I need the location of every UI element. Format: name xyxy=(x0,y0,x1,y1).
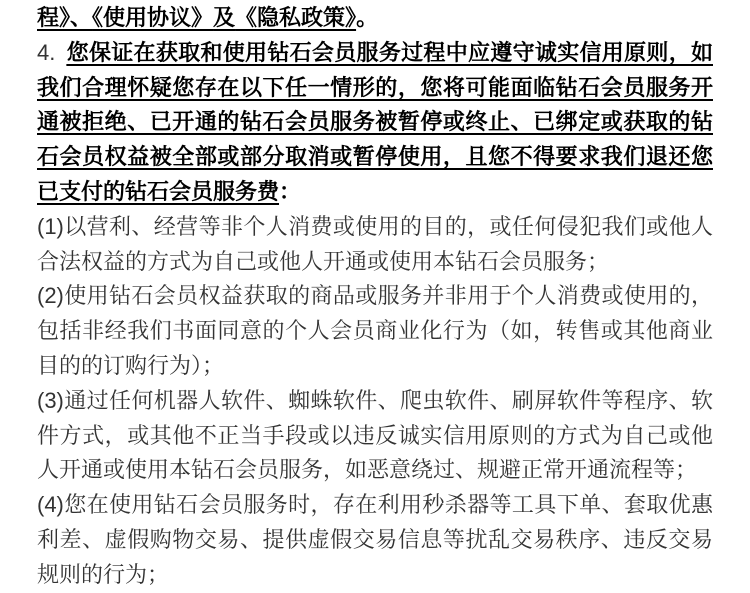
list-item-1: (1)以营利、经营等非个人消费或使用的目的，或任何侵犯我们或他人合法权益的方式为… xyxy=(37,210,713,280)
intro-conjunction-text: 及 xyxy=(213,5,235,30)
list-item-2: (2)使用钻石会员权益获取的商品或服务并非用于个人消费或使用的，包括非经我们书面… xyxy=(37,279,713,383)
privacy-policy-link[interactable]: 《隐私政策》 xyxy=(235,5,356,30)
intro-period: 。 xyxy=(356,5,378,30)
paragraph-clause-4: 4.您保证在获取和使用钻石会员服务过程中应遵守诚实信用原则，如我们合理怀疑您存在… xyxy=(37,36,713,210)
usage-agreement-link[interactable]: 《使用协议》 xyxy=(92,5,213,30)
clause-4-number: 4. xyxy=(37,40,55,65)
list-item-3: (3)通过任何机器人软件、蜘蛛软件、爬虫软件、刷屏软件等程序、软件方式，或其他不… xyxy=(37,384,713,488)
clause-4-colon: ： xyxy=(279,179,301,204)
intro-prefix-text: 程》、 xyxy=(37,5,92,30)
paragraph-intro-tail: 程》、《使用协议》及《隐私政策》。 xyxy=(37,1,713,36)
list-item-4: (4)您在使用钻石会员服务时，存在利用秒杀器等工具下单、套取优惠利差、虚假购物交… xyxy=(37,488,713,592)
terms-document-body: 程》、《使用协议》及《隐私政策》。 4.您保证在获取和使用钻石会员服务过程中应遵… xyxy=(0,0,750,593)
clause-4-emphasized-text: 您保证在获取和使用钻石会员服务过程中应遵守诚实信用原则，如我们合理怀疑您存在以下… xyxy=(37,40,713,204)
terms-page: 程》、《使用协议》及《隐私政策》。 4.您保证在获取和使用钻石会员服务过程中应遵… xyxy=(0,0,750,593)
